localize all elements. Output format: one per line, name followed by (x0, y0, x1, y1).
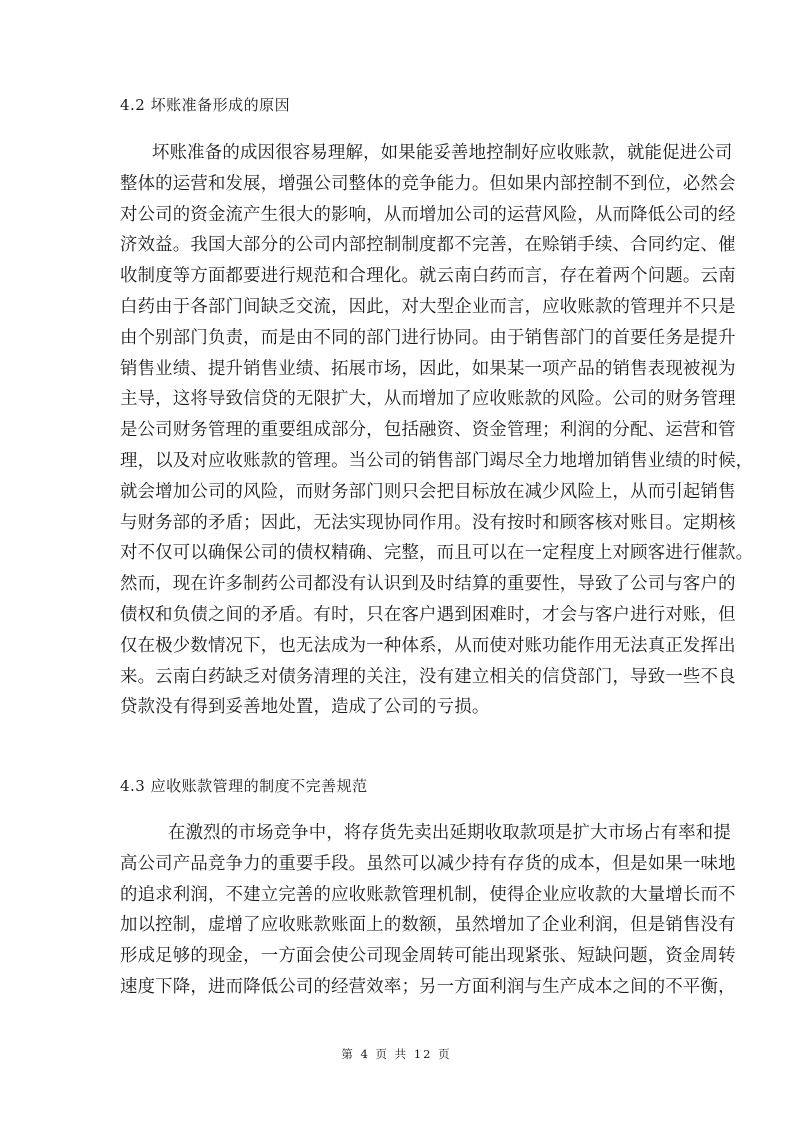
section-4-2-paragraph: 坏账准备的成因很容易理解，如果能妥善地控制好应收账款，就能促进公司 整体的运营和… (120, 138, 676, 723)
text-line: 坏账准备的成因很容易理解，如果能妥善地控制好应收账款，就能促进公司 (120, 138, 676, 169)
text-line: 高公司产品竞争力的重要手段。虽然可以减少持有存货的成本，但是如果一味地 (120, 849, 676, 880)
text-line: 贷款没有得到妥善地处置，造成了公司的亏损。 (120, 692, 676, 723)
text-line: 由个别部门负责，而是由不同的部门进行协同。由于销售部门的首要任务是提升 (120, 323, 676, 354)
page-number-label: 第 4 页 共 12 页 (341, 1047, 451, 1061)
text-line: 对不仅可以确保公司的债权精确、完整，而且可以在一定程度上对顾客进行催款。 (120, 538, 676, 569)
text-line: 理，以及对应收账款的管理。当公司的销售部门竭尽全力地增加销售业绩的时候， (120, 446, 676, 477)
document-page: 4.2 坏账准备形成的原因 坏账准备的成因很容易理解，如果能妥善地控制好应收账款… (0, 0, 793, 1122)
text-line: 来。云南白药缺乏对债务清理的关注，没有建立相关的信贷部门，导致一些不良 (120, 662, 676, 693)
text-line: 是公司财务管理的重要组成部分，包括融资、资金管理；利润的分配、运营和管 (120, 415, 676, 446)
text-line: 白药由于各部门间缺乏交流，因此，对大型企业而言，应收账款的管理并不只是 (120, 292, 676, 323)
text-line: 就会增加公司的风险，而财务部门则只会把目标放在减少风险上，从而引起销售 (120, 477, 676, 508)
section-heading-4-2: 4.2 坏账准备形成的原因 (120, 94, 290, 115)
page-footer: 第 4 页 共 12 页 (0, 1046, 793, 1062)
section-4-3-paragraph: 在激烈的市场竞争中，将存货先卖出延期收取款项是扩大市场占有率和提 高公司产品竞争… (120, 818, 676, 1003)
text-line: 济效益。我国大部分的公司内部控制制度都不完善，在赊销手续、合同约定、催 (120, 230, 676, 261)
text-line: 加以控制，虚增了应收账款账面上的数额，虽然增加了企业利润，但是销售没有 (120, 910, 676, 941)
text-line: 速度下降，进而降低公司的经营效率；另一方面利润与生产成本之间的不平衡， (120, 972, 676, 1003)
text-line: 仅在极少数情况下，也无法成为一种体系，从而使对账功能作用无法真正发挥出 (120, 631, 676, 662)
text-line: 在激烈的市场竞争中，将存货先卖出延期收取款项是扩大市场占有率和提 (120, 818, 676, 849)
text-line: 然而，现在许多制药公司都没有认识到及时结算的重要性，导致了公司与客户的 (120, 569, 676, 600)
text-line: 销售业绩、提升销售业绩、拓展市场，因此，如果某一项产品的销售表现被视为 (120, 354, 676, 385)
text-line: 主导，这将导致信贷的无限扩大，从而增加了应收账款的风险。公司的财务管理 (120, 384, 676, 415)
text-line: 债权和负债之间的矛盾。有时，只在客户遇到困难时，才会与客户进行对账，但 (120, 600, 676, 631)
text-line: 对公司的资金流产生很大的影响，从而增加公司的运营风险，从而降低公司的经 (120, 200, 676, 231)
text-line: 形成足够的现金，一方面会使公司现金周转可能出现紧张、短缺问题，资金周转 (120, 941, 676, 972)
text-line: 整体的运营和发展，增强公司整体的竞争能力。但如果内部控制不到位，必然会 (120, 169, 676, 200)
section-heading-4-3: 4.3 应收账款管理的制度不完善规范 (120, 775, 368, 796)
text-line: 收制度等方面都要进行规范和合理化。就云南白药而言，存在着两个问题。云南 (120, 261, 676, 292)
text-line: 的追求利润，不建立完善的应收账款管理机制，使得企业应收款的大量增长而不 (120, 880, 676, 911)
text-line: 与财务部的矛盾；因此，无法实现协同作用。没有按时和顾客核对账目。定期核 (120, 508, 676, 539)
